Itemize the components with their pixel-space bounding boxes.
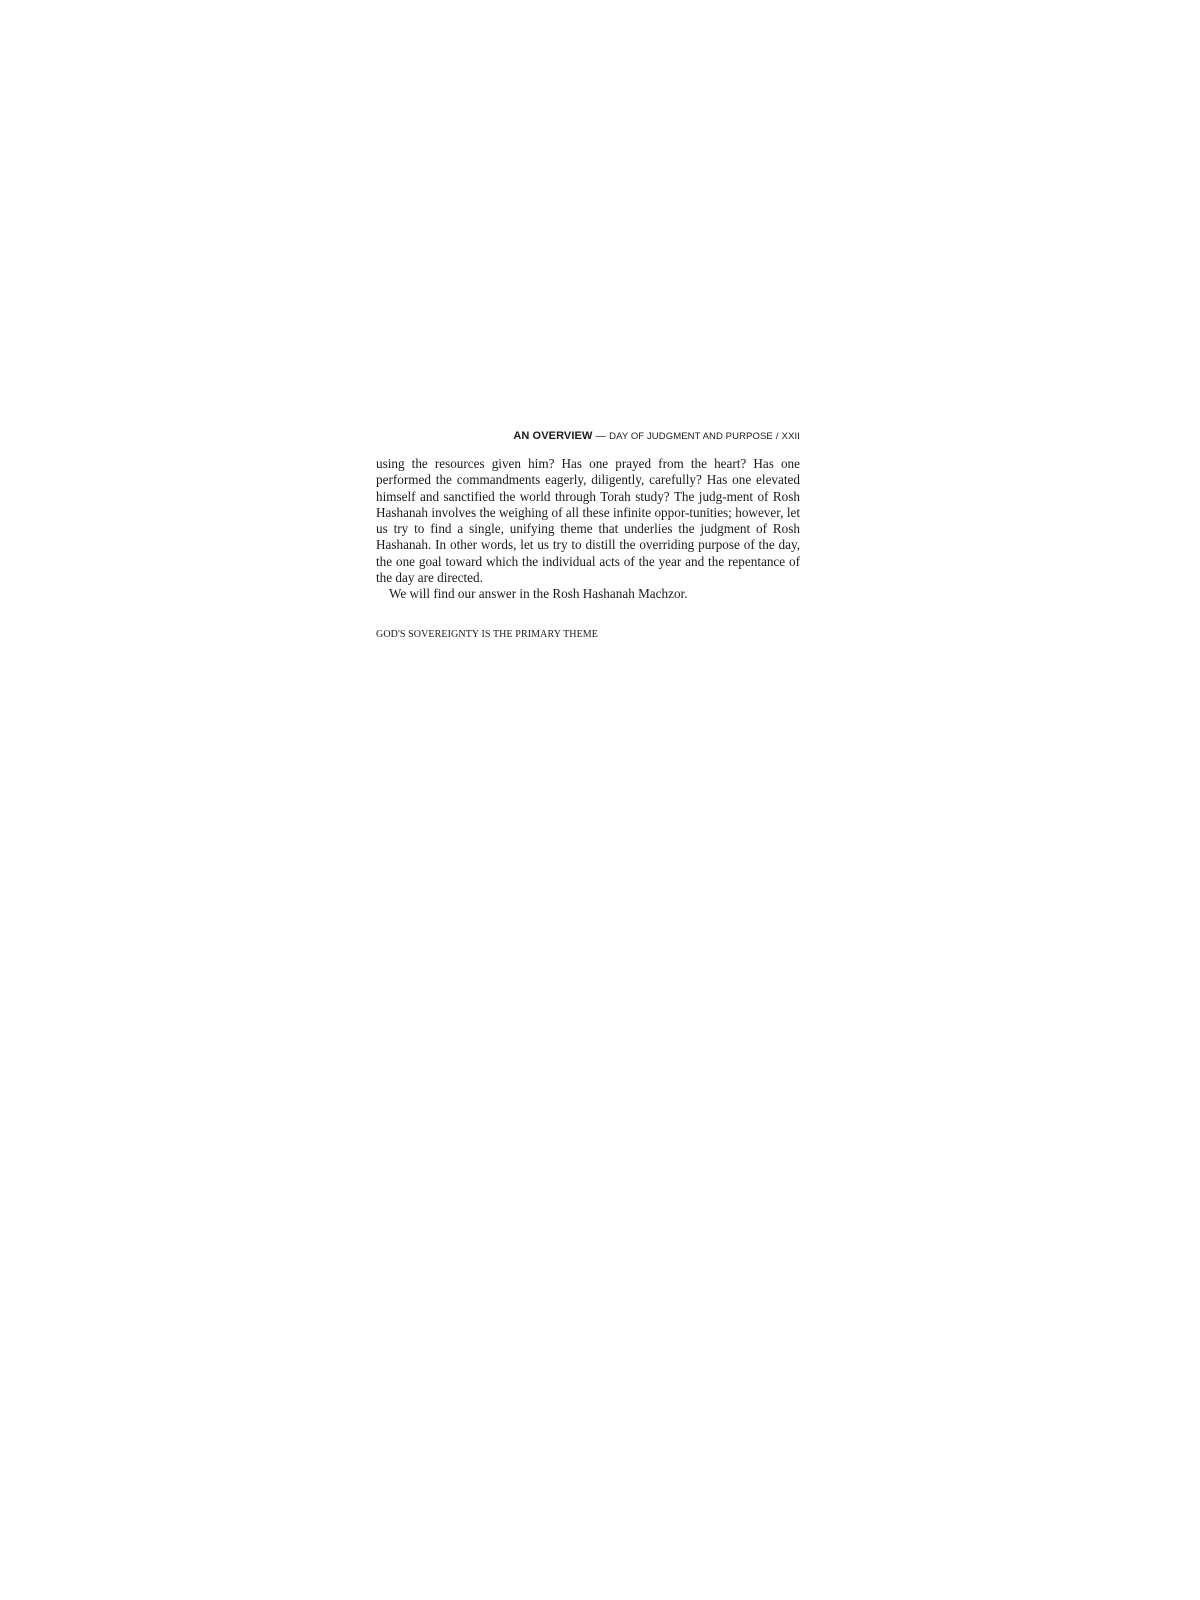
king-paragraph-1: GOD'S SOVEREIGNTY IS THE PRIMARY THEME bbox=[376, 625, 800, 643]
running-head-section: AN OVERVIEW bbox=[513, 430, 592, 442]
lead-in-smallcaps: GOD'S SOVEREIGNTY IS THE PRIMARY THEME bbox=[376, 629, 598, 640]
running-head-dash: — bbox=[595, 430, 606, 442]
section-king: GOD'S SOVEREIGNTY IS THE PRIMARY THEME bbox=[376, 625, 800, 643]
intro-paragraph-2: We will find our answer in the Rosh Hash… bbox=[376, 586, 800, 602]
intro-paragraph-1: using the resources given him? Has one p… bbox=[376, 456, 800, 586]
running-head: AN OVERVIEW — DAY OF JUDGMENT AND PURPOS… bbox=[376, 428, 800, 444]
page-number: XXII bbox=[782, 431, 800, 442]
running-head-separator: / bbox=[776, 431, 779, 442]
book-page: AN OVERVIEW — DAY OF JUDGMENT AND PURPOS… bbox=[376, 428, 800, 643]
running-head-title: DAY OF JUDGMENT AND PURPOSE bbox=[609, 431, 773, 442]
section-gap bbox=[376, 603, 800, 619]
body-text: using the resources given him? Has one p… bbox=[376, 456, 800, 643]
